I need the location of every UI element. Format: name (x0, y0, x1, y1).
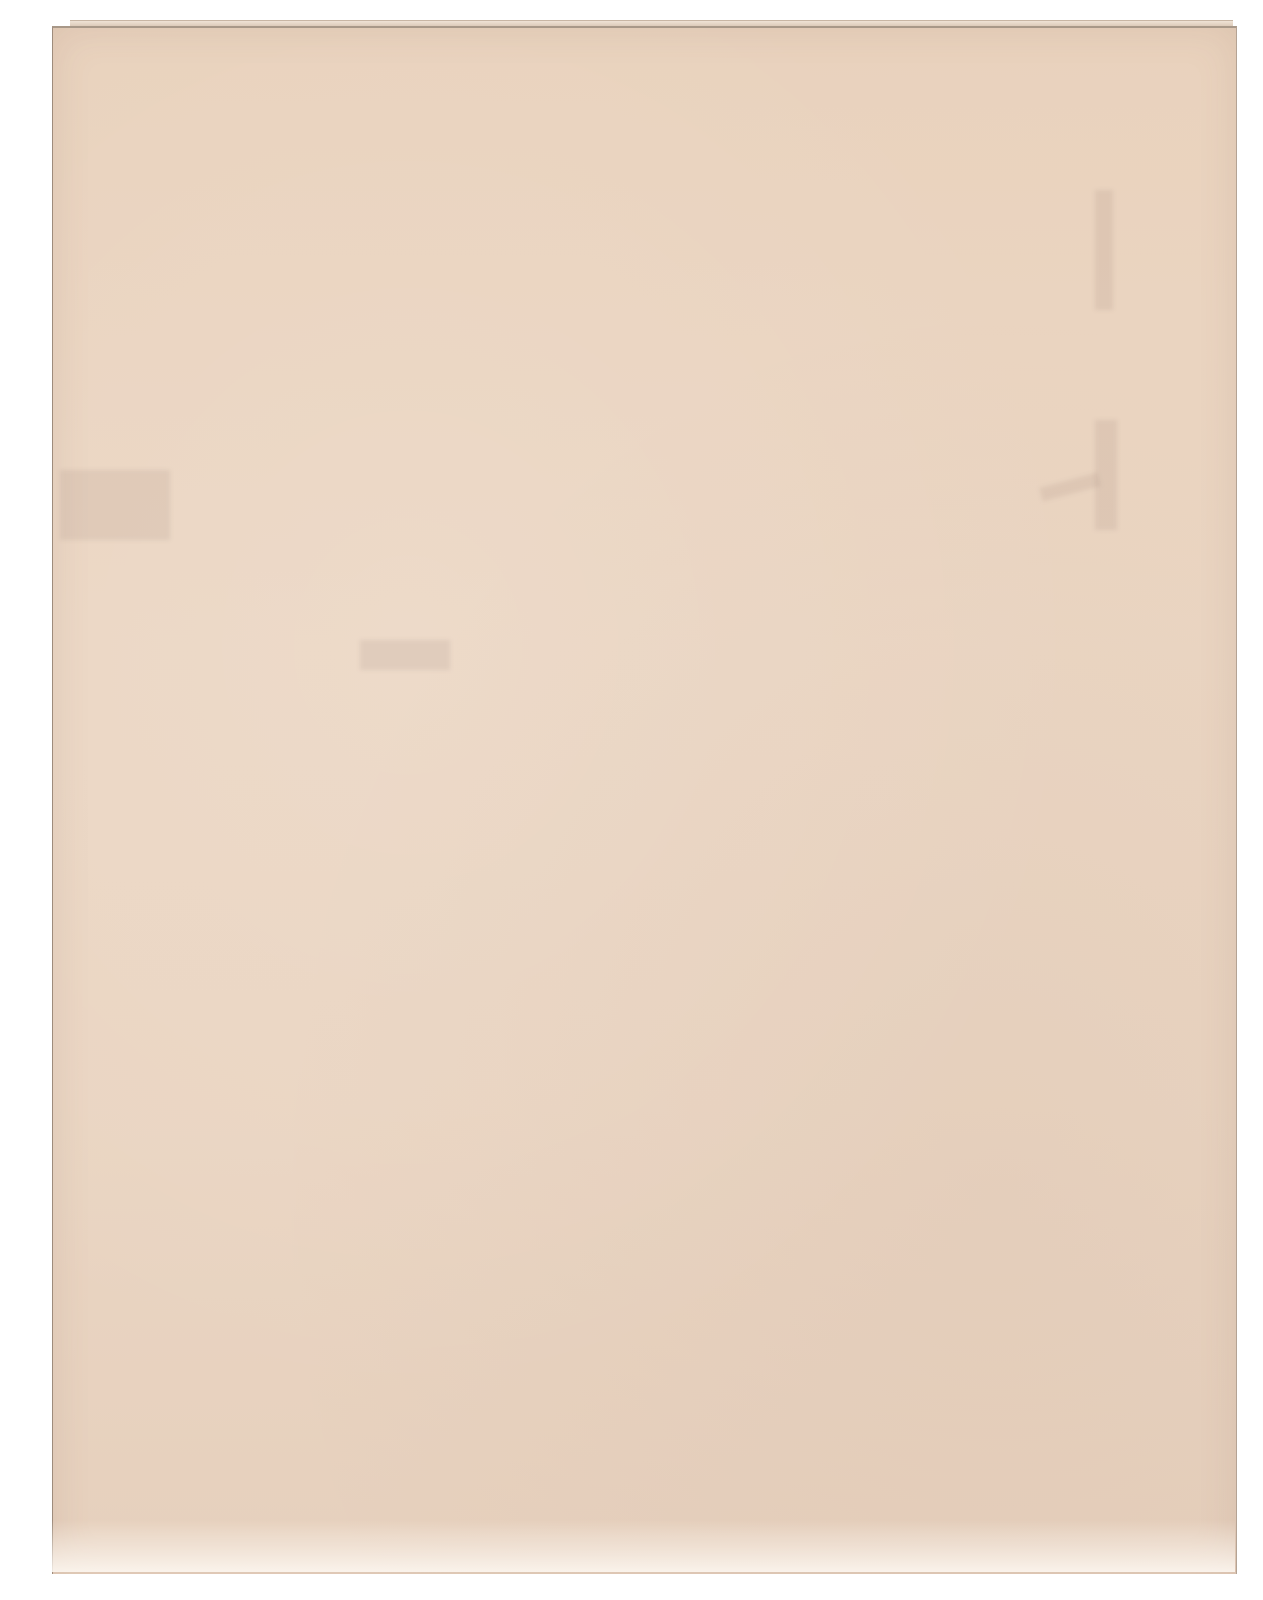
scanned-page-background (0, 0, 1263, 1600)
bleed-through-mark (1095, 190, 1113, 310)
bleed-through-mark (60, 470, 170, 540)
blank-paper-page (52, 26, 1237, 1574)
stain-mark (360, 640, 450, 670)
paper-bottom-fade (52, 1520, 1235, 1572)
page-text (53, 28, 54, 29)
bleed-through-mark (1095, 420, 1117, 530)
